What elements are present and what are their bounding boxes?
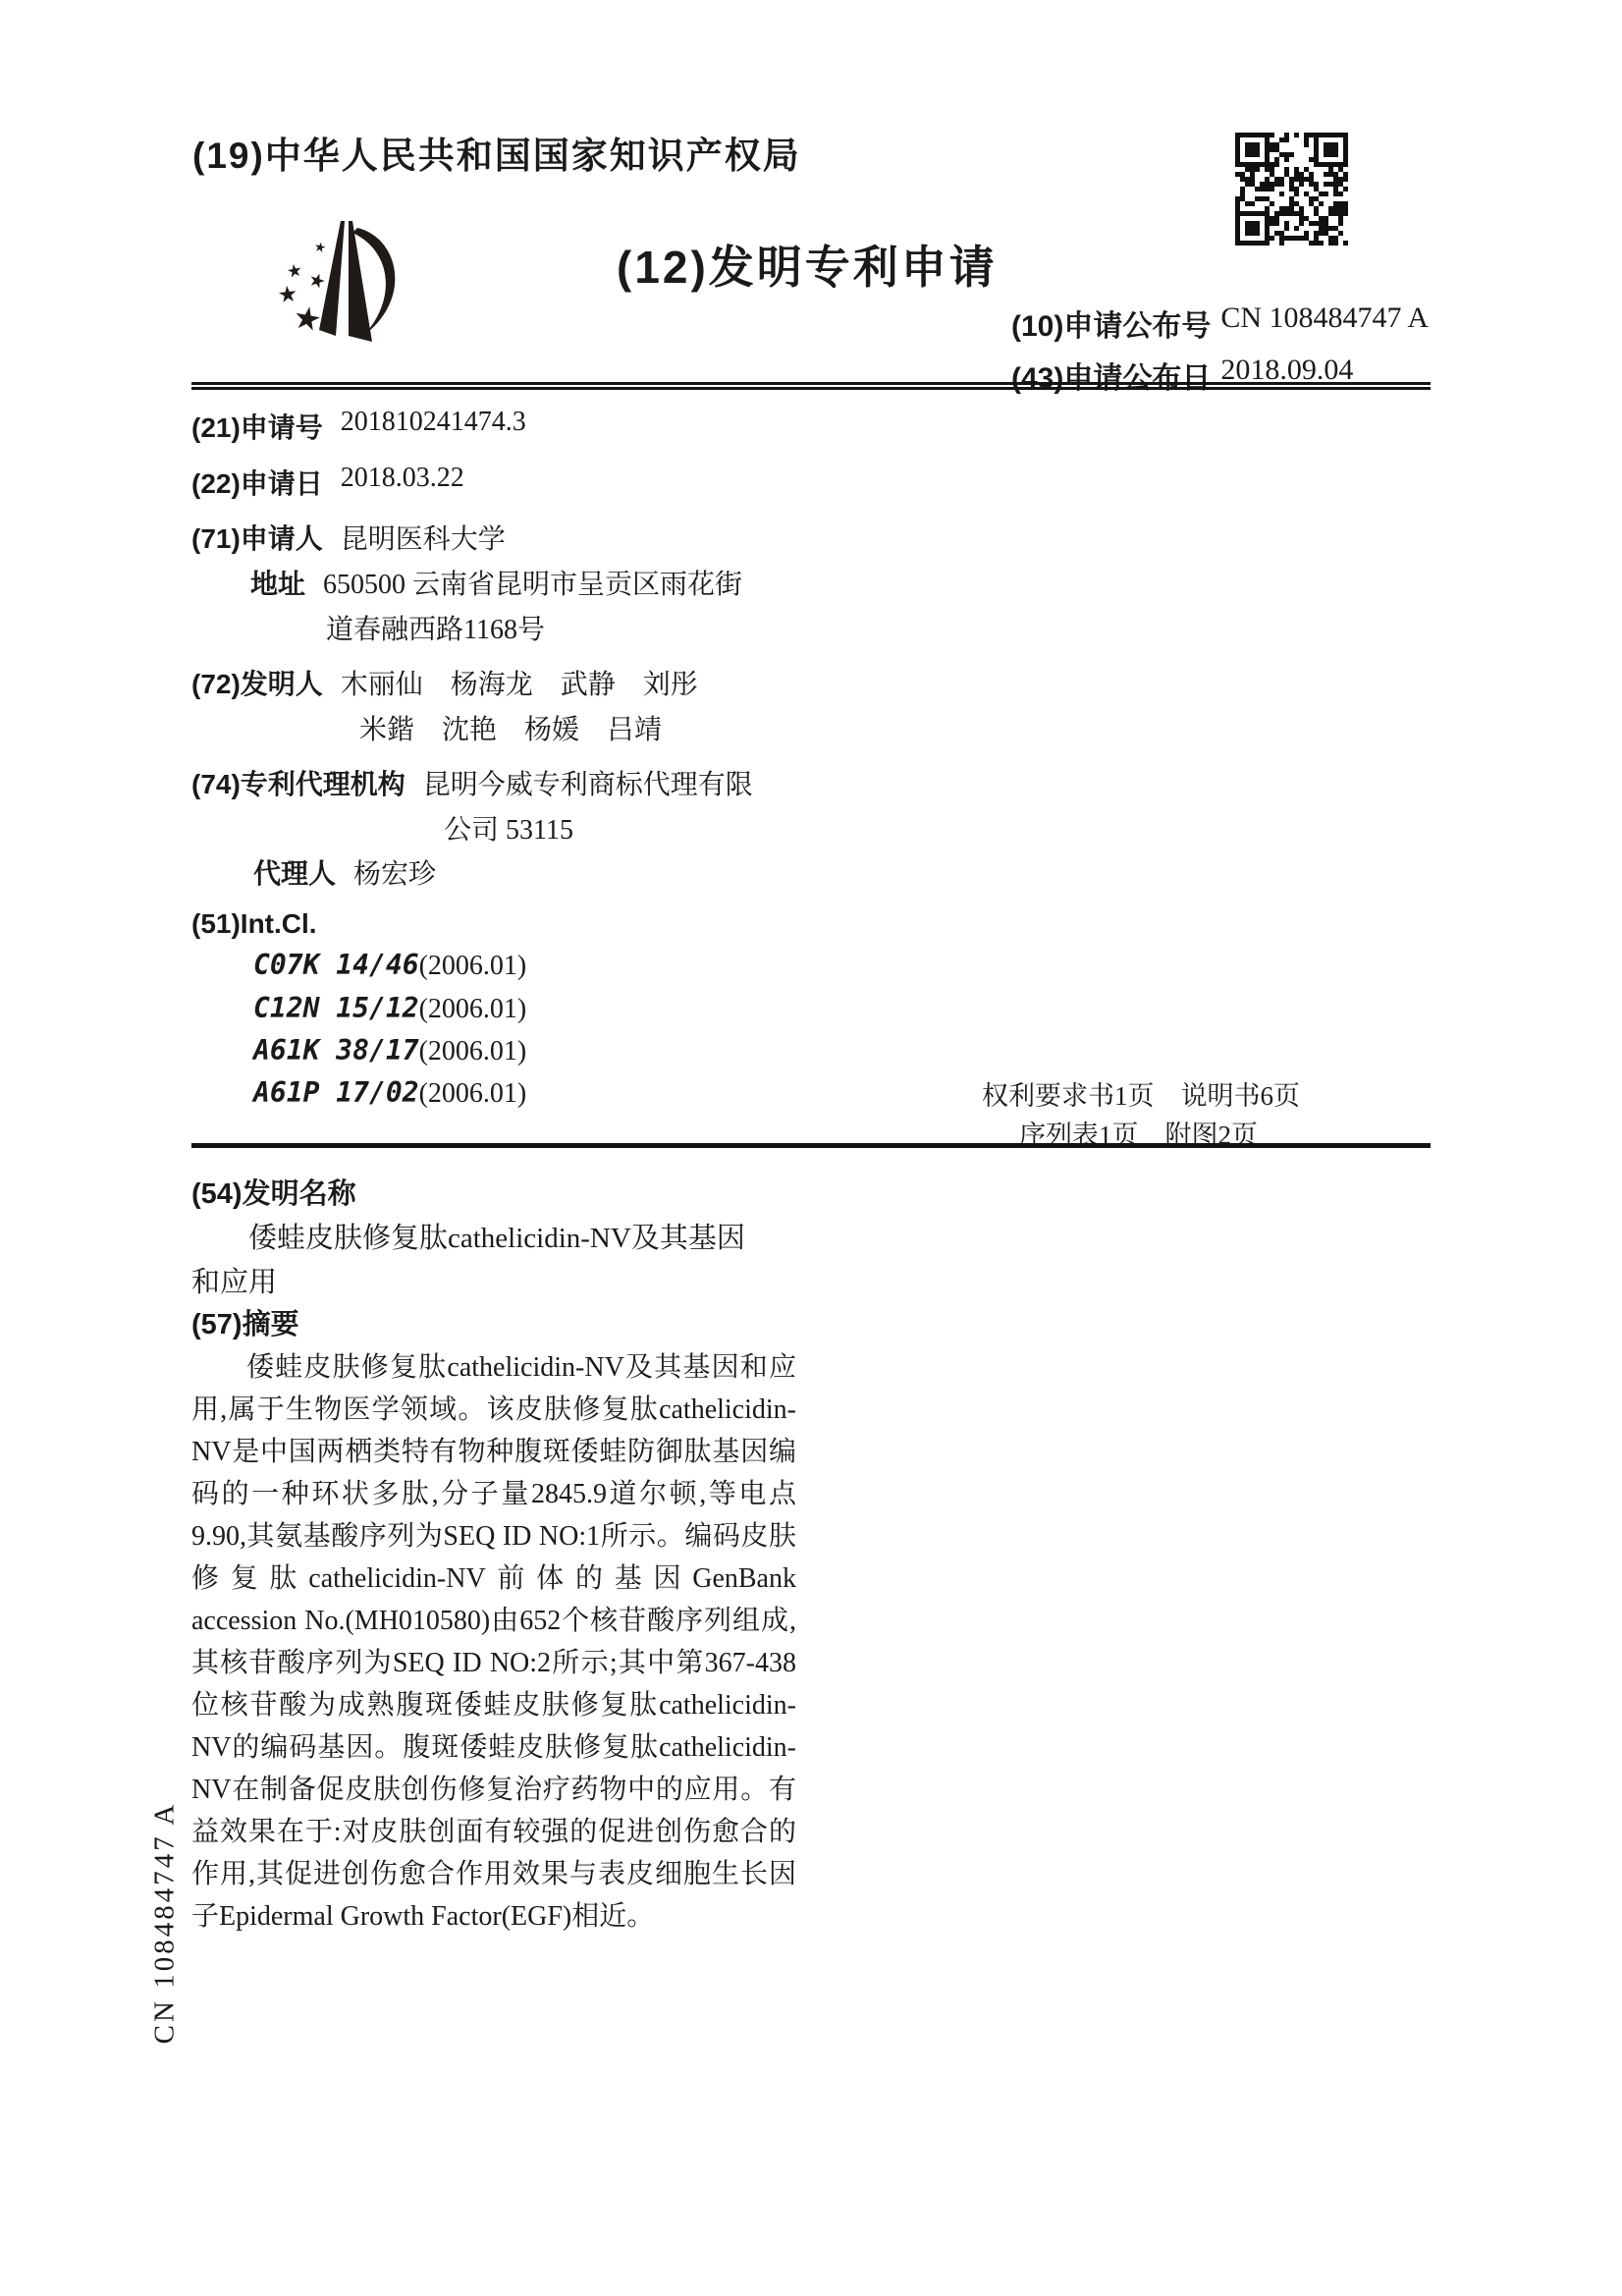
filing-date-row: (22)申请日 2018.03.22 (191, 463, 464, 502)
patent-front-page: (19)中华人民共和国国家知识产权局 (12)发明专利申请 (10)申请公布号 … (0, 0, 1622, 2296)
invention-title-line2: 和应用 (191, 1260, 277, 1300)
applicant-row: (71)申请人 昆明医科大学 (191, 518, 506, 557)
inventors-label: (72)发明人 (191, 663, 323, 702)
inventors-row: (72)发明人 木丽仙 杨海龙 武静 刘彤 (191, 663, 698, 702)
vertical-document-id: CN 108484747 A (149, 1802, 182, 2045)
publication-date-label: (43)申请公布日 (1011, 354, 1211, 397)
agent-label: 代理人 (253, 852, 336, 892)
agency-line2: 公司 53115 (444, 808, 573, 847)
application-number-label: (21)申请号 (191, 407, 323, 446)
address-line2: 道春融西路1168号 (326, 608, 545, 647)
intcl-code: A61K 38/17 (253, 1034, 419, 1066)
publication-number-label: (10)申请公布号 (1011, 301, 1211, 345)
intcl-entry: A61K 38/17(2006.01) (253, 1034, 526, 1067)
agency-line1: 昆明今威专利商标代理有限 (423, 763, 753, 802)
intcl-label: (51)Int.Cl. (191, 908, 317, 940)
address-label: 地址 (250, 563, 305, 602)
document-type-title: (12)发明专利申请 (617, 232, 998, 297)
application-number-row: (21)申请号 201810241474.3 (191, 407, 526, 446)
office-title: (19)中华人民共和国国家知识产权局 (192, 126, 801, 179)
abstract-label: (57)摘要 (191, 1302, 299, 1342)
inventors-line2: 米鍇 沈艳 杨媛 吕靖 (359, 708, 662, 747)
filing-date-value: 2018.03.22 (341, 463, 464, 494)
agent-name: 杨宏珍 (353, 852, 436, 892)
agency-row: (74)专利代理机构 昆明今威专利商标代理有限 (191, 763, 753, 802)
header-divider (191, 382, 1431, 390)
intcl-entry: C12N 15/12(2006.01) (253, 992, 526, 1025)
publication-number-value: CN 108484747 A (1220, 301, 1429, 335)
intcl-entry: C07K 14/46(2006.01) (253, 949, 526, 982)
pages-info-line1: 权利要求书1页 说明书6页 (982, 1074, 1300, 1113)
intcl-code: A61P 17/02 (253, 1076, 419, 1109)
intcl-code: C12N 15/12 (253, 992, 419, 1024)
agent-row: 代理人 杨宏珍 (253, 852, 436, 892)
inventors-line1: 木丽仙 杨海龙 武静 刘彤 (341, 663, 698, 702)
applicant-value: 昆明医科大学 (341, 518, 506, 557)
sipo-logo-icon (275, 214, 414, 345)
application-number-value: 201810241474.3 (341, 407, 526, 438)
address-row: 地址 650500 云南省昆明市呈贡区雨花街 (250, 563, 742, 602)
intcl-version: (2006.01) (419, 951, 527, 981)
intcl-entry: A61P 17/02(2006.01) (253, 1076, 526, 1110)
abstract-text: 倭蛙皮肤修复肽cathelicidin-NV及其基因和应用,属于生物医学领域。该… (191, 1346, 796, 1938)
invention-title-line1: 倭蛙皮肤修复肽cathelicidin-NV及其基因 (248, 1216, 745, 1256)
intcl-version: (2006.01) (419, 1078, 527, 1109)
invention-title-label: (54)发明名称 (191, 1172, 356, 1212)
intcl-version: (2006.01) (419, 1036, 527, 1066)
intcl-code: C07K 14/46 (253, 949, 419, 981)
address-line1: 650500 云南省昆明市呈贡区雨花街 (323, 563, 742, 602)
publication-date-row: (43)申请公布日 2018.09.04 (1011, 354, 1353, 397)
agency-label: (74)专利代理机构 (191, 763, 405, 802)
qr-code-icon (1235, 133, 1348, 246)
section-divider (191, 1143, 1431, 1148)
intcl-version: (2006.01) (419, 994, 527, 1024)
applicant-label: (71)申请人 (191, 518, 323, 557)
filing-date-label: (22)申请日 (191, 463, 323, 502)
publication-number-row: (10)申请公布号 CN 108484747 A (1011, 301, 1429, 345)
